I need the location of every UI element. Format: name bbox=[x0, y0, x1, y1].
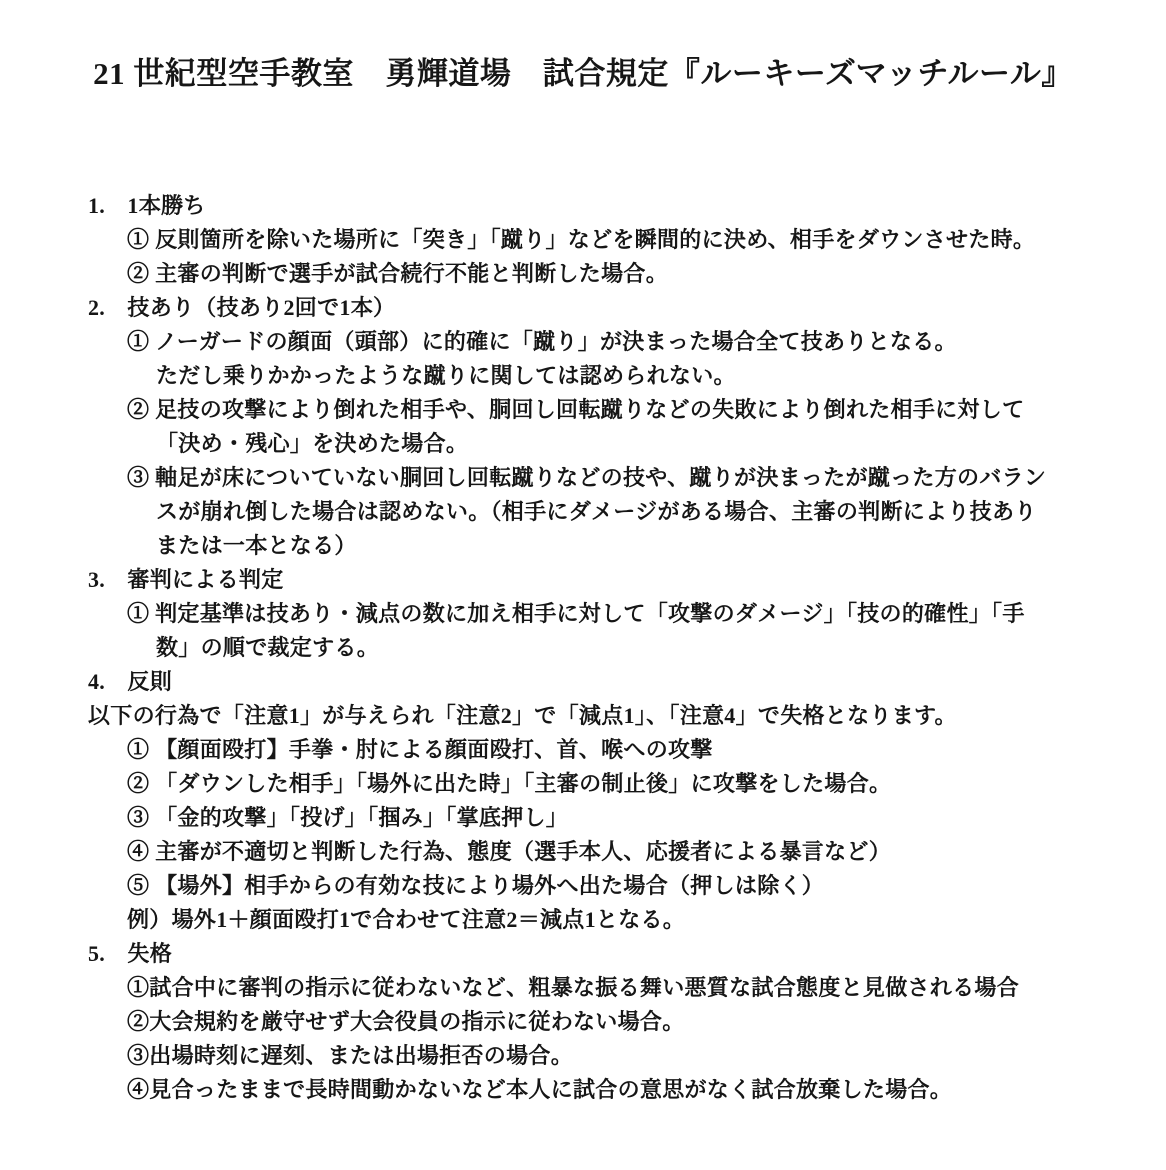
document-page: 21 世紀型空手教室 勇輝道場 試合規定『ルーキーズマッチルール』 1. 1本勝… bbox=[0, 0, 1166, 1170]
rule-line: または一本となる） bbox=[0, 529, 1166, 563]
rule-line: ① 【顔面殴打】手拳・肘による顔面殴打、首、喉への攻撃 bbox=[0, 733, 1166, 767]
rule-line: ① 反則箇所を除いた場所に「突き」「蹴り」などを瞬間的に決め、相手をダウンさせた… bbox=[0, 223, 1166, 257]
rule-line: スが崩れ倒した場合は認めない。（相手にダメージがある場合、主審の判断により技あり bbox=[0, 495, 1166, 529]
rule-line: ④見合ったままで長時間動かないなど本人に試合の意思がなく試合放棄した場合。 bbox=[0, 1073, 1166, 1107]
rule-line: ただし乗りかかったような蹴りに関しては認められない。 bbox=[0, 359, 1166, 393]
rule-line: ② 「ダウンした相手」「場外に出た時」「主審の制止後」に攻撃をした場合。 bbox=[0, 767, 1166, 801]
rule-line: ②大会規約を厳守せず大会役員の指示に従わない場合。 bbox=[0, 1005, 1166, 1039]
rule-line: ① 判定基準は技あり・減点の数に加え相手に対して「攻撃のダメージ」「技の的確性」… bbox=[0, 597, 1166, 631]
rule-line: 以下の行為で「注意1」が与えられ「注意2」で「減点1」、「注意4」で失格となりま… bbox=[0, 699, 1166, 733]
section-heading: 5. 失格 bbox=[0, 937, 1166, 971]
rule-line: ② 主審の判断で選手が試合続行不能と判断した場合。 bbox=[0, 257, 1166, 291]
section-heading: 2. 技あり（技あり2回で1本） bbox=[0, 291, 1166, 325]
rule-line: ①試合中に審判の指示に従わないなど、粗暴な振る舞い悪質な試合態度と見做される場合 bbox=[0, 971, 1166, 1005]
document-title: 21 世紀型空手教室 勇輝道場 試合規定『ルーキーズマッチルール』 bbox=[0, 0, 1166, 94]
rule-line: 数」の順で裁定する。 bbox=[0, 631, 1166, 665]
rule-line: ③ 軸足が床についていない胴回し回転蹴りなどの技や、蹴りが決まったが蹴った方のバ… bbox=[0, 461, 1166, 495]
rule-line: ③出場時刻に遅刻、または出場拒否の場合。 bbox=[0, 1039, 1166, 1073]
rule-line: 例）場外1＋顔面殴打1で合わせて注意2＝減点1となる。 bbox=[0, 903, 1166, 937]
section-heading: 4. 反則 bbox=[0, 665, 1166, 699]
section-heading: 1. 1本勝ち bbox=[0, 189, 1166, 223]
rule-line: ② 足技の攻撃により倒れた相手や、胴回し回転蹴りなどの失敗により倒れた相手に対し… bbox=[0, 393, 1166, 427]
rule-line: ① ノーガードの顔面（頭部）に的確に「蹴り」が決まった場合全て技ありとなる。 bbox=[0, 325, 1166, 359]
rules-list: 1. 1本勝ち① 反則箇所を除いた場所に「突き」「蹴り」などを瞬間的に決め、相手… bbox=[0, 189, 1166, 1107]
rule-line: ③ 「金的攻撃」「投げ」「掴み」「掌底押し」 bbox=[0, 801, 1166, 835]
rule-line: 「決め・残心」を決めた場合。 bbox=[0, 427, 1166, 461]
rule-line: ⑤ 【場外】相手からの有効な技により場外へ出た場合（押しは除く） bbox=[0, 869, 1166, 903]
section-heading: 3. 審判による判定 bbox=[0, 563, 1166, 597]
rule-line: ④ 主審が不適切と判断した行為、態度（選手本人、応援者による暴言など） bbox=[0, 835, 1166, 869]
